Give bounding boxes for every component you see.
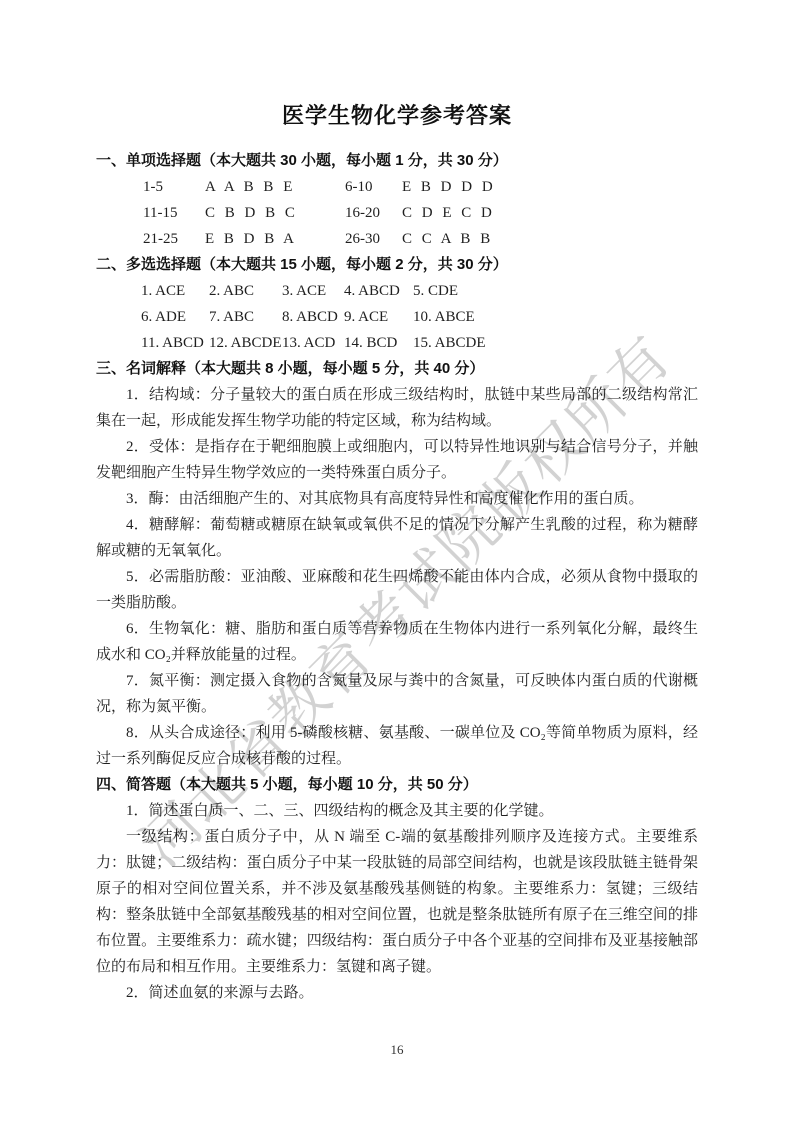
section2-heading: 二、多选选择题（本大题共 15 小题，每小题 2 分，共 30 分） (96, 252, 698, 278)
answer-range: 16-20 (345, 200, 402, 226)
answer-cell: 7. ABC (209, 304, 282, 330)
answer-cell: 13. ACD (282, 330, 344, 356)
answer-cell: 12. ABCDE (209, 330, 282, 356)
answer-cell: 5. CDE (413, 278, 698, 304)
section3-heading: 三、名词解释（本大题共 8 小题，每小题 5 分，共 40 分） (96, 356, 698, 382)
page-number: 16 (0, 1042, 794, 1058)
short-answer-question: 2．简述血氨的来源与去路。 (96, 980, 698, 1006)
single-choice-answer-table: 1-5 A A B B E 6-10 E B D D D 11-15 C B D… (143, 174, 698, 252)
answer-letters: C D E C D (402, 200, 698, 226)
answer-cell: 2. ABC (209, 278, 282, 304)
answer-range: 6-10 (345, 174, 402, 200)
definition-item: 7．氮平衡：测定摄入食物的含氮量及尿与粪中的含氮量，可反映体内蛋白质的代谢概况，… (96, 668, 698, 720)
answer-range: 26-30 (345, 226, 402, 252)
short-answer-question: 1．简述蛋白质一、二、三、四级结构的概念及其主要的化学键。 (96, 798, 698, 824)
answer-cell: 8. ABCD (282, 304, 344, 330)
section4-heading: 四、简答题（本大题共 5 小题，每小题 10 分，共 50 分） (96, 772, 698, 798)
definition-item: 3．酶：由活细胞产生的、对其底物具有高度特异性和高度催化作用的蛋白质。 (96, 486, 698, 512)
answer-cell: 3. ACE (282, 278, 344, 304)
answer-cell: 11. ABCD (141, 330, 209, 356)
answer-letters: E B D B A (205, 226, 345, 252)
multi-choice-answer-table: 1. ACE 2. ABC 3. ACE 4. ABCD 5. CDE 6. A… (141, 278, 698, 356)
answer-cell: 10. ABCE (413, 304, 698, 330)
answer-cell: 14. BCD (344, 330, 413, 356)
answer-cell: 6. ADE (141, 304, 209, 330)
answer-letters: E B D D D (402, 174, 698, 200)
definition-item: 6．生物氧化：糖、脂肪和蛋白质等营养物质在生物体内进行一系列氧化分解，最终生成水… (96, 616, 698, 668)
answer-letters: C C A B B (402, 226, 698, 252)
answer-range: 11-15 (143, 200, 205, 226)
answer-cell: 1. ACE (141, 278, 209, 304)
answer-cell: 9. ACE (344, 304, 413, 330)
document-content: 医学生物化学参考答案 一、单项选择题（本大题共 30 小题，每小题 1 分，共 … (0, 0, 794, 1006)
answer-range: 21-25 (143, 226, 205, 252)
page-title: 医学生物化学参考答案 (96, 100, 698, 132)
answer-letters: A A B B E (205, 174, 345, 200)
definition-item: 5．必需脂肪酸：亚油酸、亚麻酸和花生四烯酸不能由体内合成，必须从食物中摄取的一类… (96, 564, 698, 616)
answer-cell: 4. ABCD (344, 278, 413, 304)
definition-item: 4．糖酵解：葡萄糖或糖原在缺氧或氧供不足的情况下分解产生乳酸的过程，称为糖酵解或… (96, 512, 698, 564)
answer-letters: C B D B C (205, 200, 345, 226)
document-page: 河北省教育考试院版权所有 医学生物化学参考答案 一、单项选择题（本大题共 30 … (0, 0, 794, 1123)
short-answer-text: 一级结构：蛋白质分子中，从 N 端至 C-端的氨基酸排列顺序及连接方式。主要维系… (96, 824, 698, 980)
section1-heading: 一、单项选择题（本大题共 30 小题，每小题 1 分，共 30 分） (96, 148, 698, 174)
definition-item: 8．从头合成途径：利用 5-磷酸核糖、氨基酸、一碳单位及 CO₂等简单物质为原料… (96, 720, 698, 772)
definition-item: 1．结构域：分子量较大的蛋白质在形成三级结构时，肽链中某些局部的二级结构常汇集在… (96, 382, 698, 434)
definition-item: 2．受体：是指存在于靶细胞膜上或细胞内，可以特异性地识别与结合信号分子，并触发靶… (96, 434, 698, 486)
answer-range: 1-5 (143, 174, 205, 200)
answer-cell: 15. ABCDE (413, 330, 698, 356)
